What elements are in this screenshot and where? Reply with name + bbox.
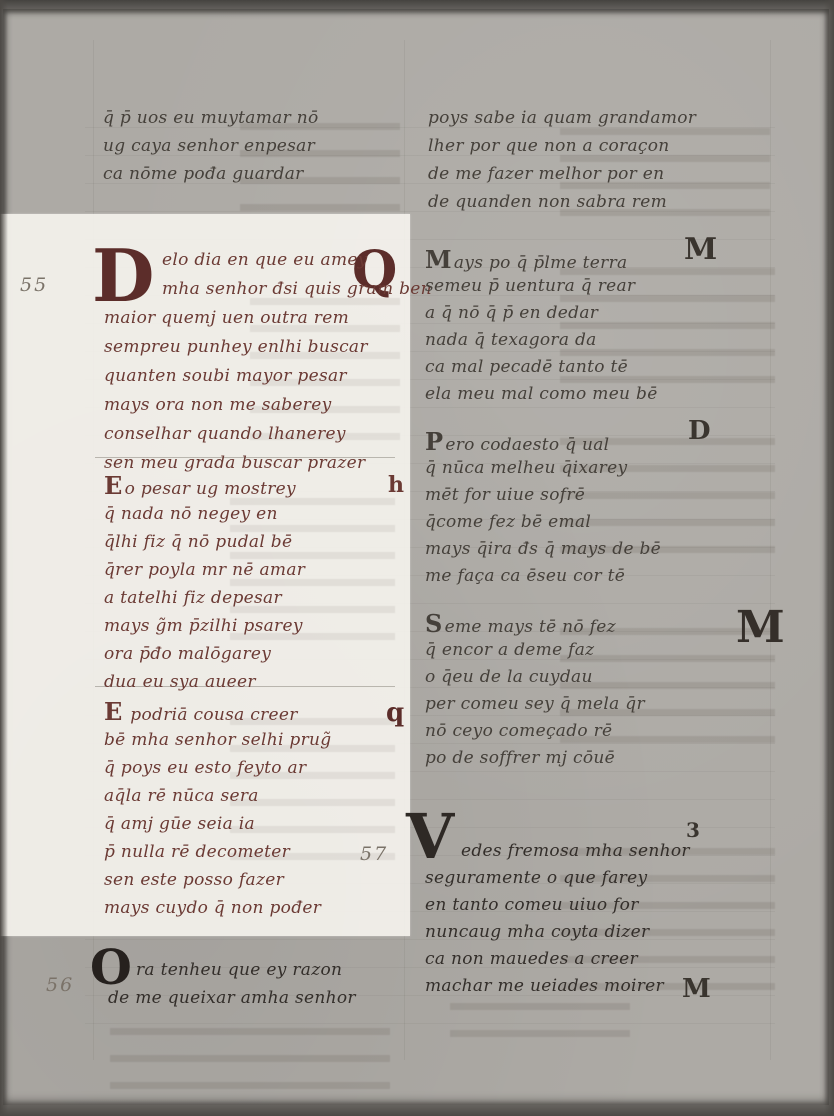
verse-line-text: podriā cousa creer xyxy=(125,705,298,725)
verse-line: Mays po q̄ p̄lme terra xyxy=(425,246,658,273)
stanza-left-3: E podriā cousa creer bē mha senhor selhi… xyxy=(104,698,331,922)
stanza-initial: S xyxy=(425,609,443,638)
margin-glyph-M-large: M xyxy=(736,602,785,653)
verse-line: en tanto comeu uiuo for xyxy=(425,892,690,919)
page-edge-right xyxy=(824,0,834,1116)
verse-line: q̄rer poyla mr nē amar xyxy=(104,556,305,584)
verse-line: Seme mays tē nō fez xyxy=(425,610,645,637)
verse-line: nō ceyo começado rē xyxy=(425,718,645,745)
verse-line: sen este posso fazer xyxy=(104,866,331,894)
verse-line: mays g̃m p̄zilhi psarey xyxy=(104,612,305,640)
verse-line: de me fazer melhor por en xyxy=(428,160,696,188)
verse-line: de quanden non sabra rem xyxy=(428,188,696,216)
verse-line: q̄ poys eu esto feyto ar xyxy=(104,754,331,782)
verse-line-text: ero codaesto q̄ ual xyxy=(445,435,609,455)
page-edge-left xyxy=(0,0,8,1116)
verse-line: mays q̄ira đs q̄ mays de bē xyxy=(425,536,661,563)
verse-line: mha senhor đsi quis gram ben xyxy=(104,275,432,304)
verse-line: Pero codaesto q̄ ual xyxy=(425,428,661,455)
stanza-right-1: Mays po q̄ p̄lme terra semeu p̄ uentura … xyxy=(425,246,658,408)
verse-line: ug caya senhor enpesar xyxy=(103,132,319,160)
verse-line: nada q̄ texagora da xyxy=(425,327,658,354)
verse-line: me faça ca ēseu cor tē xyxy=(425,563,661,590)
margin-glyph-D: D xyxy=(688,416,711,446)
margin-glyph-q: q xyxy=(386,698,404,728)
verse-line: machar me ueiades moirer xyxy=(425,973,690,1000)
verse-line: ca mal pecadē tanto tē xyxy=(425,354,658,381)
stanza-top-left: q̄ p̄ uos eu muytamar nō ug caya senhor … xyxy=(103,104,319,188)
verse-line: ca non mauedes a creer xyxy=(425,946,690,973)
verse-line: mays ora non me saberey xyxy=(104,391,432,420)
margin-number-57: 57 xyxy=(360,843,388,865)
verse-line: Eo pesar ug mostrey xyxy=(104,472,305,500)
page-edge-bottom xyxy=(0,1100,834,1116)
verse-line: p̄ nulla rē decometer xyxy=(104,838,331,866)
verse-line: q̄come fez bē emal xyxy=(425,509,661,536)
stanza-left-2: Eo pesar ug mostrey q̄ nada nō negey en … xyxy=(104,472,305,696)
verse-line: a q̄ nō q̄ p̄ en dedar xyxy=(425,300,658,327)
verse-line: po de soffrer mj cōuē xyxy=(425,745,645,772)
verse-line: ca nōme pođa guardar xyxy=(103,160,319,188)
margin-number-55: 55 xyxy=(20,274,48,296)
verse-line: bē mha senhor selhi prug̃ xyxy=(104,726,331,754)
verse-line: ela meu mal como meu bē xyxy=(425,381,658,408)
stanza-initial: P xyxy=(425,427,443,456)
verse-line: dua eu sya aueer xyxy=(104,668,305,696)
verse-line: per comeu sey q̄ mela q̄r xyxy=(425,691,645,718)
verse-line: conselhar quando lhanerey xyxy=(104,420,432,449)
verse-line: ora p̄đo malōgarey xyxy=(104,640,305,668)
verse-line: q̄ p̄ uos eu muytamar nō xyxy=(103,104,319,132)
verse-line: poys sabe ia quam grandamor xyxy=(428,104,696,132)
bleed-through-patch xyxy=(110,1020,390,1090)
stanza-top-right: poys sabe ia quam grandamor lher por que… xyxy=(428,104,696,216)
verse-line: semeu p̄ uentura q̄ rear xyxy=(425,273,658,300)
verse-line: edes fremosa mha senhor xyxy=(425,838,690,865)
verse-line: q̄lhi fiz q̄ nō pudal bē xyxy=(104,528,305,556)
verse-line: o q̄eu de la cuydau xyxy=(425,664,645,691)
verse-line: mēt for uiue sofrē xyxy=(425,482,661,509)
verse-line: mays cuydo q̄ non pođer xyxy=(104,894,331,922)
verse-line: a tatelhi fiz depesar xyxy=(104,584,305,612)
verse-line-text: eme mays tē nō fez xyxy=(445,617,616,637)
stanza-initial: E xyxy=(104,697,123,726)
verse-line: E podriā cousa creer xyxy=(104,698,331,726)
verse-line: seguramente o que farey xyxy=(425,865,690,892)
stanza-right-4: edes fremosa mha senhor seguramente o qu… xyxy=(425,838,690,1000)
page-edge-top xyxy=(0,0,834,14)
stanza-initial: M xyxy=(425,245,452,274)
verse-line: nuncaug mha coyta dizer xyxy=(425,919,690,946)
verse-line: aq̄la rē nūca sera xyxy=(104,782,331,810)
stanza-initial: E xyxy=(104,471,123,500)
stanza-right-2: Pero codaesto q̄ ual q̄ nūca melheu q̄ix… xyxy=(425,428,661,590)
verse-line: maior quemj uen outra rem xyxy=(104,304,432,333)
verse-line: lher por que non a coraçon xyxy=(428,132,696,160)
verse-line-text: ays po q̄ p̄lme terra xyxy=(454,253,628,273)
verse-line: ra tenheu que ey razon xyxy=(108,956,356,984)
verse-line: q̄ encor a deme faz xyxy=(425,637,645,664)
stanza-bottom-left: ra tenheu que ey razon de me queixar amh… xyxy=(108,956,356,1012)
stanza-left-1: elo dia en que eu amey mha senhor đsi qu… xyxy=(104,246,432,478)
stanza-right-3: Seme mays tē nō fez q̄ encor a deme faz … xyxy=(425,610,645,772)
margin-number-56: 56 xyxy=(46,974,74,996)
margin-glyph-M: M xyxy=(684,232,717,267)
verse-line: q̄ nūca melheu q̄ixarey xyxy=(425,455,661,482)
verse-line: q̄ nada nō negey en xyxy=(104,500,305,528)
verse-line: de me queixar amha senhor xyxy=(108,984,356,1012)
verse-line: q̄ amj gūe seia ia xyxy=(104,810,331,838)
verse-line-text: o pesar ug mostrey xyxy=(125,479,296,499)
margin-glyph-h: h xyxy=(388,472,404,498)
bleed-through-patch xyxy=(450,995,630,1055)
verse-line: sempreu punhey enlhi buscar xyxy=(104,333,432,362)
manuscript-scan: q̄ p̄ uos eu muytamar nō ug caya senhor … xyxy=(0,0,834,1116)
verse-line: quanten soubi mayor pesar xyxy=(104,362,432,391)
verse-line: elo dia en que eu amey xyxy=(104,246,432,275)
